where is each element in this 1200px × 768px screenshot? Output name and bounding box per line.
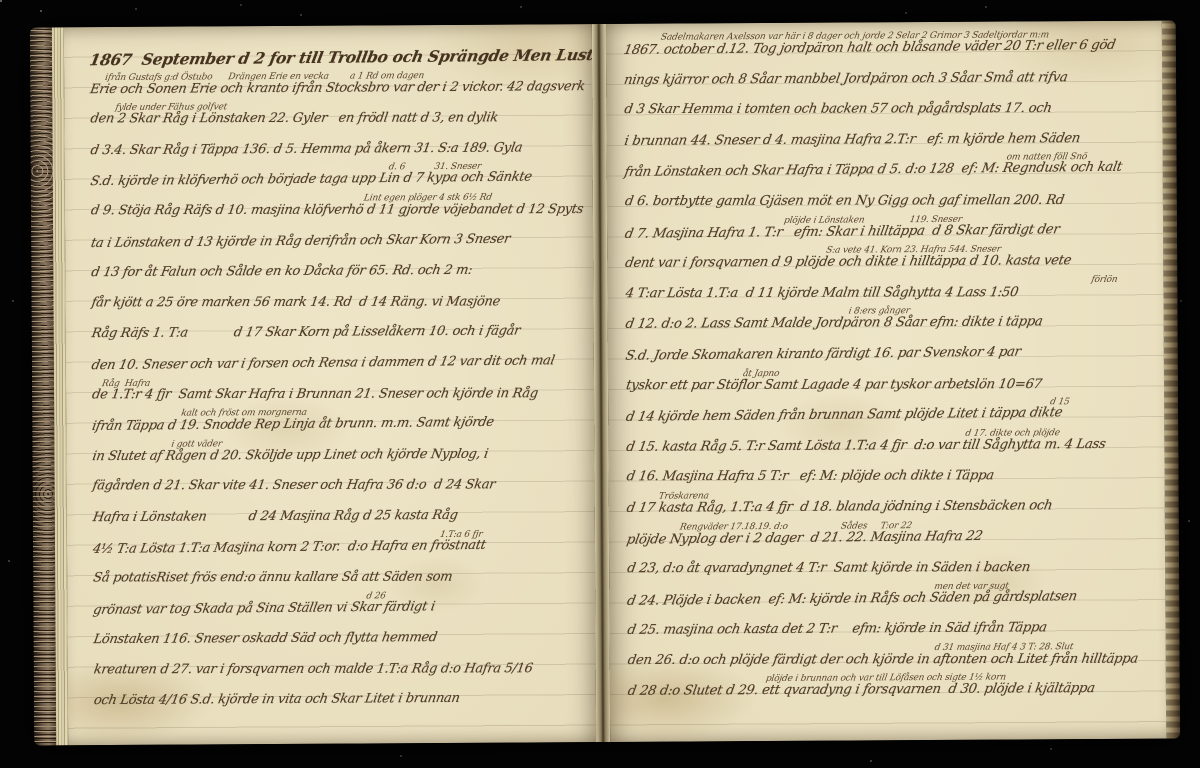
handwritten-line: Råg Hafrade 1.T:r 4 fjr Samt Skar Hafra … (92, 383, 588, 417)
interlinear-annotation: fylde under Fähus golfvet (114, 102, 227, 113)
interlinear-annotation: men det var sugt (934, 581, 1010, 591)
line-text: 4½ T:a Lösta 1.T:a Masjina korn 2 T:or. … (91, 537, 487, 556)
interlinear-annotation: plöjde i Lönstaken 119. Sneser (783, 214, 962, 225)
handwritten-line: Lönstaken 116. Sneser oskadd Säd och fly… (94, 627, 590, 661)
line-text: tyskor ett par Stöflor Samt Lagade 4 par… (625, 377, 1043, 393)
interlinear-annotation: d. 6 31. Sneser (387, 162, 481, 173)
handwritten-line: nings kjärror och 8 Såar manbbel Jordpär… (624, 67, 1154, 101)
handwritten-line: Rengväder 17.18.19. d:o Sådes T:or 22plö… (627, 526, 1157, 560)
handwritten-line: d 3.4. Skar Råg i Täppa 136. d 5. Hemma … (91, 138, 587, 172)
handwritten-line: d 26grönast var tog Skada på Sina Ställe… (93, 597, 589, 631)
open-diary-book: 1867 September d 2 for till Trollbo och … (30, 21, 1180, 746)
interlinear-annotation: S:a vete 41. Korn 23. Hafra 544. Sneser (826, 245, 1002, 256)
handwritten-line: och Lösta 4/16 S.d. kjörde in vita och S… (94, 689, 590, 723)
handwritten-line: S:a vete 41. Korn 23. Hafra 544. Sneserd… (625, 251, 1155, 285)
interlinear-annotation: d 17. dikte och plöjde (965, 428, 1061, 439)
interlinear-annotation: d 31 masjina Haf 4 3 T: 28. Slut (934, 642, 1074, 653)
handwritten-line: kalt och fröst om morgnernaifrån Täppa d… (92, 413, 588, 447)
handwritten-line: 1.T:a 6 fjr4½ T:a Lösta 1.T:a Masjina ko… (93, 536, 589, 570)
line-text: d 24. Plöjde i backen ef: M: kjörde in R… (626, 589, 1078, 609)
handwritten-line: om natten föll Snöfrån Lönstaken och Ska… (625, 159, 1155, 193)
line-text: den 26. d:o och plöjde färdigt der och k… (627, 652, 1139, 668)
line-text: in Slutet af Rågen d 20. Sköljde upp Lin… (91, 446, 489, 463)
handwritten-line: Sadelmakaren Axelsson var här i 8 dager … (624, 37, 1154, 71)
handwritten-line: d 13 for åt Falun och Sålde en ko Dåcka … (91, 260, 587, 294)
interlinear-annotation: d 15 (1049, 397, 1070, 407)
handwritten-line: d. 6 31. SneserS.d. kjörde in klöfverhö … (91, 168, 587, 202)
right-page: Sadelmakaren Axelsson var här i 8 dager … (606, 21, 1166, 742)
line-text: Lönstaken 116. Sneser oskadd Säd och fly… (92, 630, 438, 647)
line-text: d 25. masjina och kasta det 2 T:r efm: k… (626, 621, 1048, 639)
line-text: d 3 Skar Hemma i tomten och backen 57 oc… (623, 101, 1052, 117)
line-text: S.d. Jorde Skomakaren kiranto färdigt 16… (624, 345, 1022, 364)
line-text: Hafra i Lönstaken d 24 Masjina Råg d 25 … (92, 508, 459, 525)
handwritten-line: i gott väderin Slutet af Rågen d 20. Skö… (92, 444, 588, 478)
interlinear-annotation: i 8:ers gånger (847, 306, 910, 316)
interlinear-annotation: kalt och fröst om morgnerna (181, 408, 308, 419)
handwritten-line: d 23, d:o åt qvaradyngnet 4 T:r Samt kjö… (627, 557, 1157, 591)
left-page: 1867 September d 2 for till Trollbo och … (64, 24, 596, 745)
handwritten-line: fylde under Fähus golfvetden 2 Skar Råg … (90, 107, 586, 141)
handwritten-line: d 3 Skar Hemma i tomten och backen 57 oc… (624, 98, 1154, 132)
interlinear-annotation: plöjde i brunnan och var till Löfåsen oc… (765, 673, 1007, 684)
line-text: 4 T:ar Lösta 1.T:a d 11 kjörde Malm till… (624, 285, 1019, 301)
interlinear-annotation: om natten föll Snö (1005, 152, 1087, 163)
handwritten-line: fägården d 21. Skar vite 41. Sneser och … (93, 474, 589, 508)
line-text: nings kjärror och 8 Såar manbbel Jordpär… (623, 70, 1069, 88)
line-text: d 3.4. Skar Råg i Täppa 136. d 5. Hemma … (89, 140, 523, 158)
line-text: d 28 d:o Slutet d 29. ett qvaradyng i fo… (627, 681, 1096, 699)
line-text: den 2 Skar Råg i Lönstaken 22. Gyler en … (89, 111, 499, 127)
line-text: ta i Lönstaken d 13 kjörde in Råg derifr… (90, 231, 512, 250)
interlinear-annotation: i gott väder (171, 439, 223, 449)
line-text: Råg Räfs 1. T:a d 17 Skar Korn på Lissel… (90, 324, 521, 342)
handwritten-line: ta i Lönstaken d 13 kjörde in Råg derifr… (91, 230, 587, 264)
photo-background: 1867 September d 2 for till Trollbo och … (0, 0, 1200, 768)
handwritten-line: d 15d 14 kjörde hem Säden från brunnan S… (626, 404, 1156, 438)
handwritten-line: i 8:ers gångerd 12. d:o 2. Lass Samt Mal… (626, 312, 1156, 346)
line-text: d 23, d:o åt qvaradyngnet 4 T:r Samt kjö… (626, 560, 1031, 576)
line-text: 1867 September d 2 for till Trollbo och … (88, 45, 596, 70)
line-text: får kjött a 25 öre marken 56 mark 14. Rd… (90, 294, 501, 310)
line-text: d 12. d:o 2. Lass Samt Malde Jordpäron 8… (624, 315, 1043, 333)
line-text: i brunnan 44. Sneser d 4. masjina Hafra … (623, 131, 1081, 149)
interlinear-annotation: d 26 (365, 591, 386, 601)
handwritten-line: men det var sugtd 24. Plöjde i backen ef… (627, 587, 1157, 621)
interlinear-annotation: Lint egen plöger 4 stk 6½ Rd (363, 193, 493, 204)
handwritten-line: d 17. dikte och plöjded 15. kasta Råg 5.… (626, 434, 1156, 468)
line-text: Så potatisRiset frös end:o ännu kallare … (92, 570, 453, 586)
handwritten-line: Råg Räfs 1. T:a d 17 Skar Korn på Lissel… (92, 321, 588, 355)
line-text: dent var i forsqvarnen d 9 plöjde och di… (624, 253, 1072, 271)
line-text: d 6. bortbytte gamla Gjäsen möt en Ny Gi… (624, 193, 1065, 209)
interlinear-annotation: Tröskarena (658, 491, 710, 501)
interlinear-annotation: 1.T:a 6 fjr (439, 529, 483, 539)
handwritten-line: S.d. Jorde Skomakaren kiranto färdigt 16… (626, 343, 1156, 377)
line-text: de 1.T:r 4 fjr Samt Skar Hafra i Brunnan… (91, 386, 539, 402)
left-page-lines: 1867 September d 2 for till Trollbo och … (64, 24, 596, 722)
line-text: d 9. Stöja Råg Räfs d 10. masjina klöfve… (90, 202, 584, 218)
handwritten-line: Lint egen plöger 4 stk 6½ Rdd 9. Stöja R… (91, 199, 587, 233)
line-text: från Lönstaken och Skar Hafra i Täppa d … (623, 160, 1123, 180)
line-text: kreaturen d 27. var i forsqvarnen och ma… (93, 661, 534, 677)
line-text: d 13 for åt Falun och Sålde en ko Dåcka … (90, 263, 473, 280)
handwritten-line: får kjött a 25 öre marken 56 mark 14. Rd… (91, 291, 587, 325)
handwritten-line: åt Japnotyskor ett par Stöflor Samt Laga… (626, 373, 1156, 407)
interlinear-annotation: ifrån Gustafs g:d Östubo Drängen Erie en… (104, 71, 425, 83)
handwritten-line: plöjde i brunnan och var till Löfåsen oc… (628, 679, 1158, 713)
handwritten-line: Hafra i Lönstaken d 24 Masjina Råg d 25 … (93, 505, 589, 539)
line-text: d 14 kjörde hem Säden från brunnan Samt … (625, 405, 1064, 425)
interlinear-annotation: åt Japno (742, 368, 780, 378)
line-text: S.d. kjörde in klöfverhö och började tag… (89, 170, 533, 190)
line-text: och Lösta 4/16 S.d. kjörde in vita och S… (93, 691, 461, 708)
interlinear-annotation: Rengväder 17.18.19. d:o Sådes T:or 22 (679, 521, 913, 532)
line-text: d 15. kasta Råg 5. T:r Samt Lösta 1.T:a … (625, 437, 1107, 455)
line-text: fägården d 21. Skar vite 41. Sneser och … (92, 478, 497, 494)
line-text: grönast var tog Skada på Sina Ställen vi… (92, 599, 436, 618)
interlinear-annotation: Råg Hafra (101, 378, 151, 388)
handwritten-line: kreaturen d 27. var i forsqvarnen och ma… (94, 658, 590, 692)
line-text: d 16. Masjina Hafra 5 T:r ef: M: plöjde … (626, 469, 995, 485)
handwritten-line: Så potatisRiset frös end:o ännu kallare … (93, 566, 589, 600)
dust-specks (0, 0, 2, 2)
interlinear-annotation: förlön (1091, 275, 1119, 285)
handwritten-line: den 10. Sneser och var i forsen och Rens… (92, 352, 588, 386)
right-page-lines: Sadelmakaren Axelsson var här i 8 dager … (606, 21, 1166, 713)
handwritten-line: d 25. masjina och kasta det 2 T:r efm: k… (627, 618, 1157, 652)
line-text: den 10. Sneser och var i forsen och Rens… (90, 353, 555, 373)
